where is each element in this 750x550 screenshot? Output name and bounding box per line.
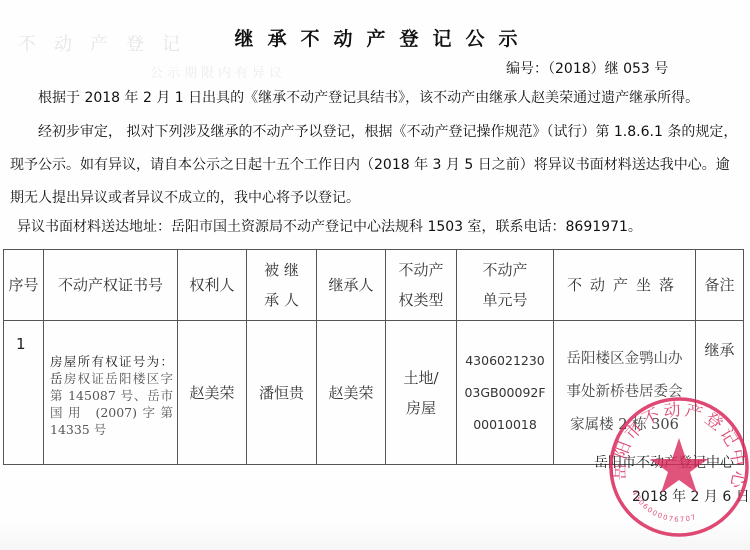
cell-unit-no: 4306021230 03GB00092F 00010018 xyxy=(457,321,554,465)
page-bottom-shade xyxy=(0,520,750,550)
bleed-through-text-2: 公示期限内有异议 xyxy=(150,62,286,81)
table-header-row: 序号 不动产权证书号 权利人 被 继 承 人 继承人 不动产 权类型 不动产 单… xyxy=(4,250,744,321)
header-right-type-line1: 不动产 xyxy=(386,255,456,285)
document-number: 编号：（2018）继 053 号 xyxy=(506,58,668,78)
cell-cert-no: 房屋所有权证号为：岳房权证岳阳楼区字第 145087 号、岳市国用 (2007)… xyxy=(44,321,178,465)
issue-date: 2018 年 2 月 6 日 xyxy=(632,486,750,506)
paragraph-basis: 根据于 2018 年 2 月 1 日出具的《继承不动产登记具结书》，该不动产由继… xyxy=(10,82,740,115)
issuer-signature: 岳阳市不动产登记中心 xyxy=(594,452,734,472)
cell-seq: 1 xyxy=(4,321,44,465)
header-location: 不动产坐落 xyxy=(554,250,696,321)
unit-no-line2: 03GB00092F xyxy=(457,377,553,409)
header-decedent-line1: 被 继 xyxy=(247,255,316,285)
registration-table: 序号 不动产权证书号 权利人 被 继 承 人 继承人 不动产 权类型 不动产 单… xyxy=(3,249,744,465)
cell-rights-holder: 赵美荣 xyxy=(178,321,247,465)
cell-remark: 继承 xyxy=(696,321,744,465)
header-rights-holder: 权利人 xyxy=(178,250,247,321)
cell-location: 岳阳楼区金鹗山办 事处新桥巷居委会 家属楼 2 栋 306 xyxy=(554,321,696,465)
header-right-type: 不动产 权类型 xyxy=(386,250,457,321)
header-unit-no-line2: 单元号 xyxy=(457,285,553,315)
objection-address: 异议书面材料送达地址：岳阳市国土资源局不动产登记中心法规科 1503 室，联系电… xyxy=(17,216,642,236)
unit-no-line1: 4306021230 xyxy=(457,345,553,377)
location-line1: 岳阳楼区金鹗山办 xyxy=(560,343,689,376)
page-title: 继承不动产登记公示 xyxy=(0,24,750,51)
cell-right-type: 土地/ 房屋 xyxy=(386,321,457,465)
unit-no-line3: 00010018 xyxy=(457,409,553,441)
table-row: 1 房屋所有权证号为：岳房权证岳阳楼区字第 145087 号、岳市国用 (200… xyxy=(4,321,744,465)
right-type-line2: 房屋 xyxy=(386,393,456,423)
cell-heir: 赵美荣 xyxy=(317,321,386,465)
header-decedent: 被 继 承 人 xyxy=(247,250,317,321)
cell-decedent: 潘恒贵 xyxy=(247,321,317,465)
header-decedent-line2: 承 人 xyxy=(247,285,316,315)
header-heir: 继承人 xyxy=(317,250,386,321)
header-right-type-line2: 权类型 xyxy=(386,285,456,315)
location-line3: 家属楼 2 栋 306 xyxy=(560,409,689,442)
header-seq: 序号 xyxy=(4,250,44,321)
header-cert-no: 不动产权证书号 xyxy=(44,250,178,321)
location-line2: 事处新桥巷居委会 xyxy=(560,376,689,409)
right-type-line1: 土地/ xyxy=(386,363,456,393)
cert-no-rest: 房权证岳阳楼区字第 145087 号、岳市国用 (2007)字第 14335 号 xyxy=(50,371,173,437)
header-remark: 备注 xyxy=(696,250,744,321)
paragraph-notice: 经初步审定， 拟对下列涉及继承的不动产予以登记，根据《不动产登记操作规范》（试行… xyxy=(10,116,740,215)
header-unit-no: 不动产 单元号 xyxy=(457,250,554,321)
header-unit-no-line1: 不动产 xyxy=(457,255,553,285)
